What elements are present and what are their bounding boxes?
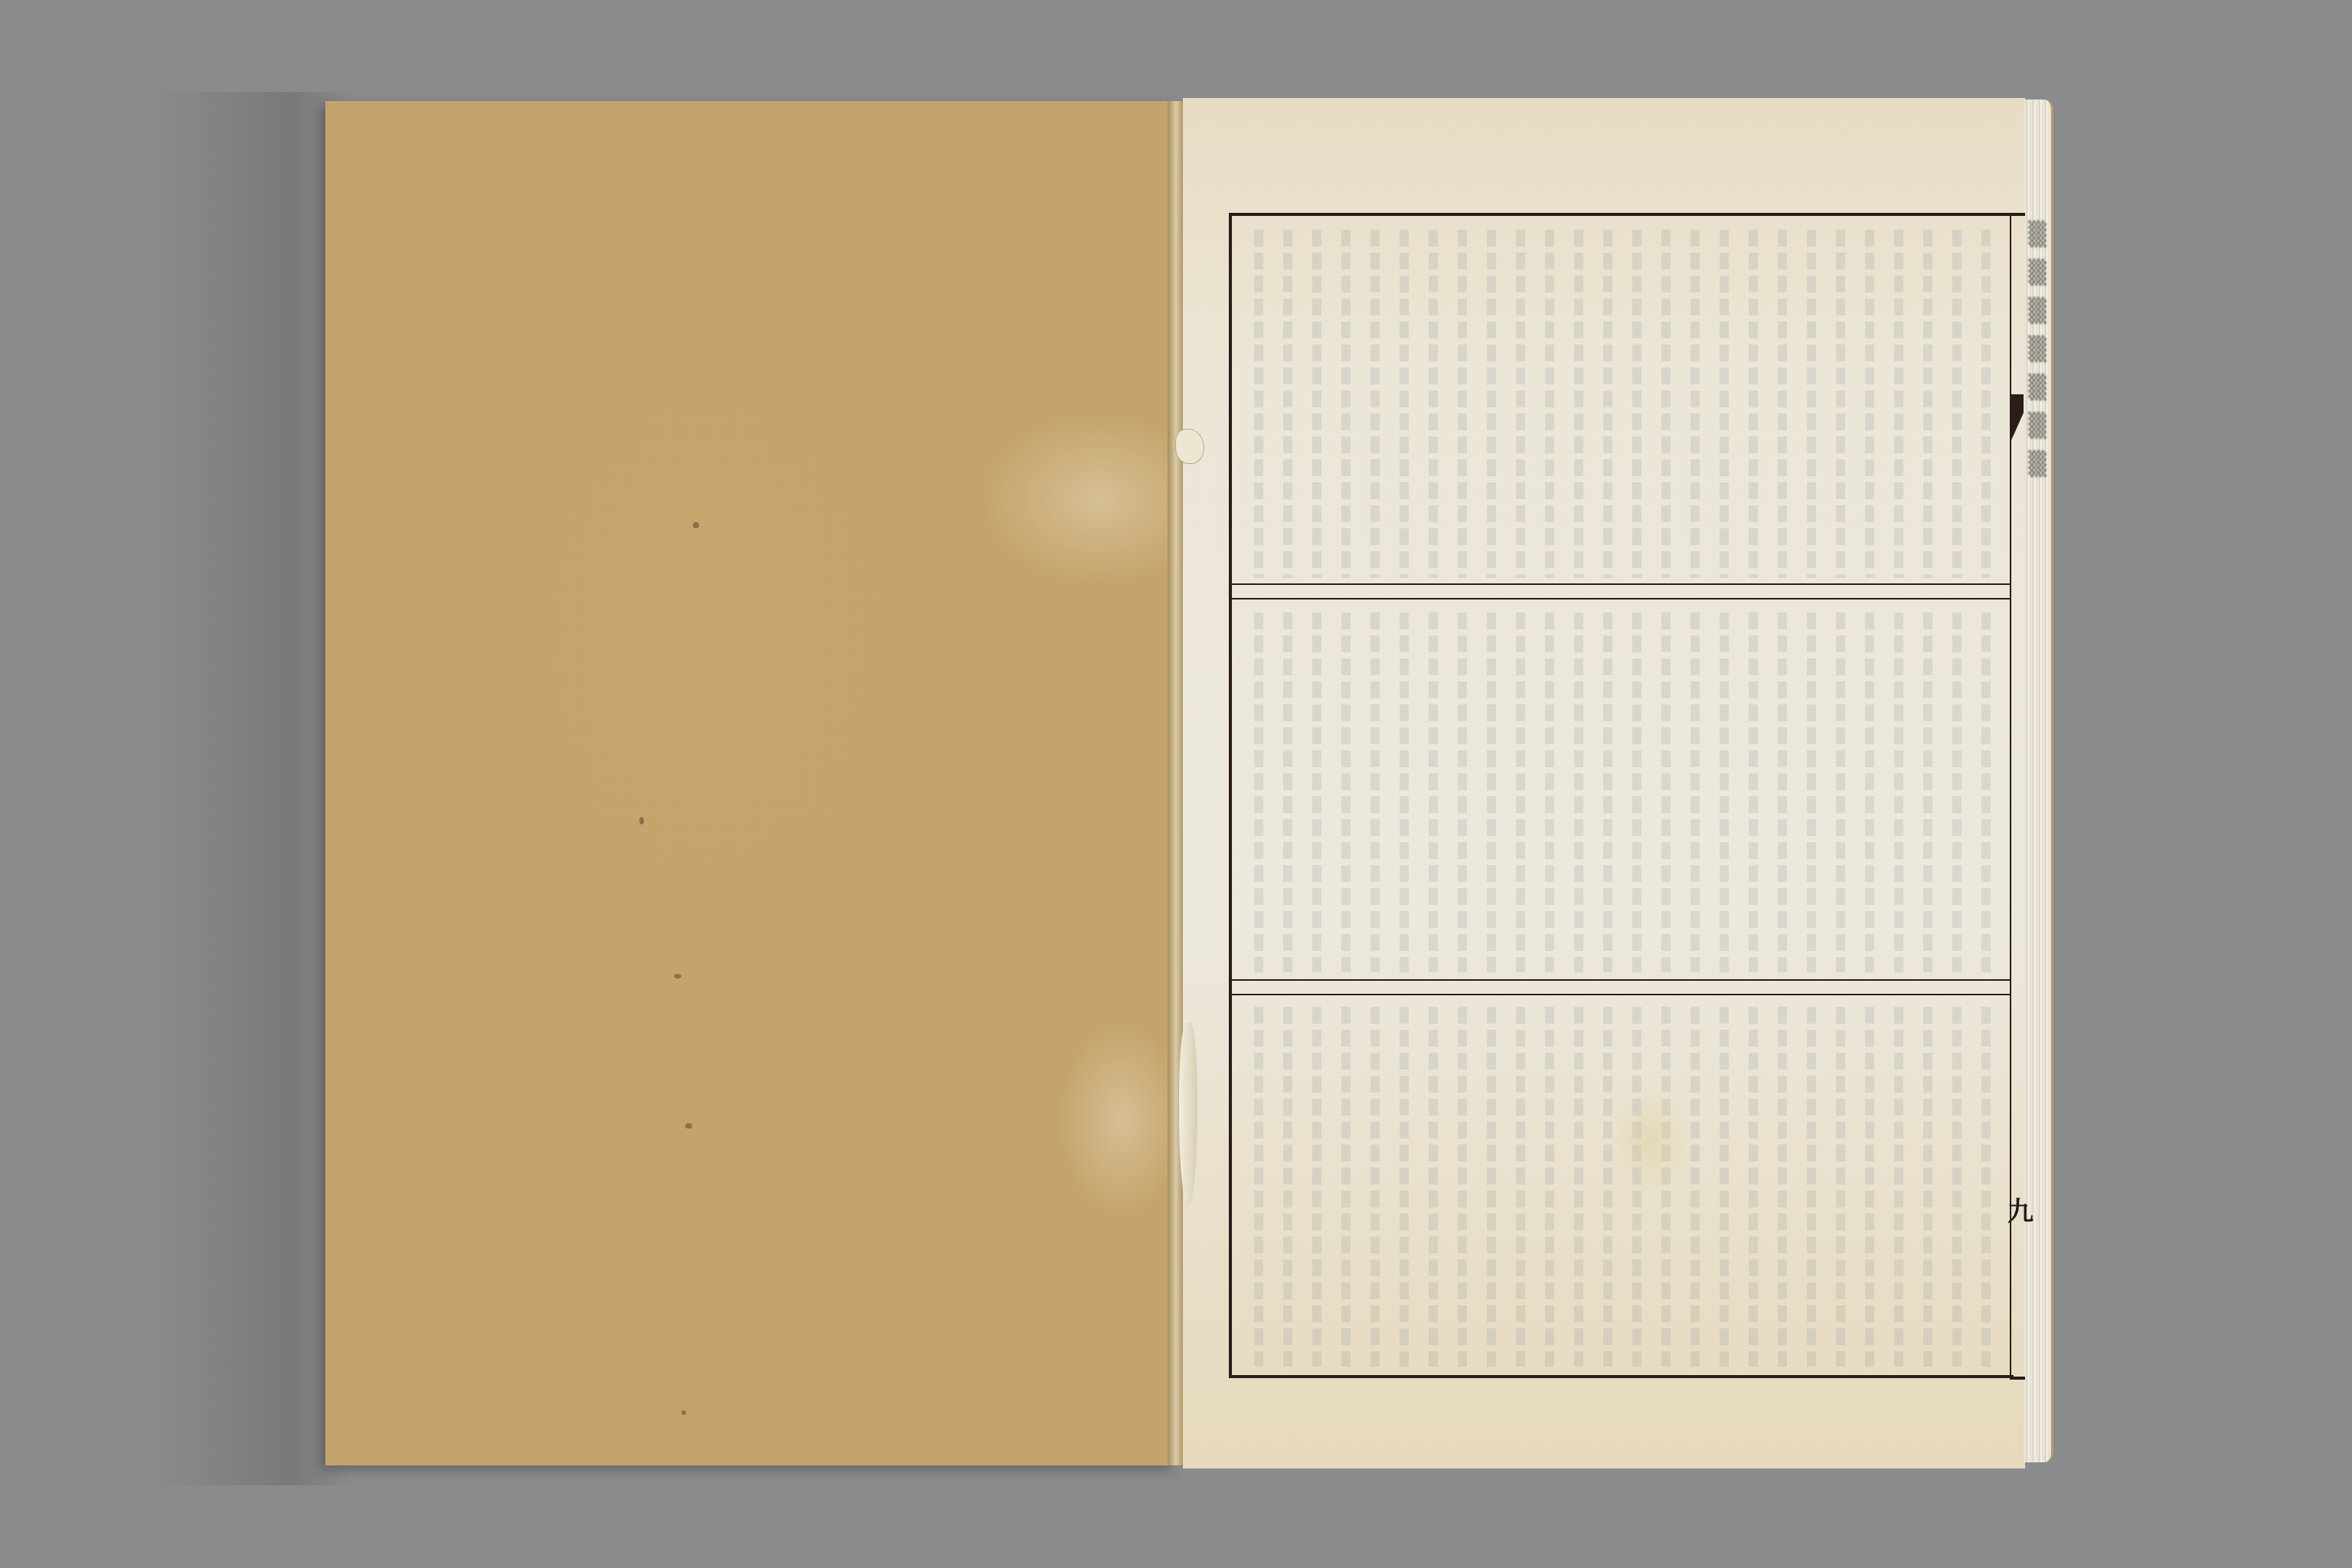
cover-spot bbox=[681, 1410, 686, 1415]
panel-divider-2a bbox=[1229, 979, 2011, 981]
cover-spot bbox=[639, 817, 644, 825]
background-shadow bbox=[153, 92, 352, 1485]
edge-title-char: ▒ bbox=[2028, 448, 2046, 482]
cover-spot bbox=[685, 1123, 692, 1129]
paper-twist-binding-bottom bbox=[1179, 1022, 1197, 1206]
edge-title-char: ▒ bbox=[2028, 410, 2046, 443]
edge-title-char: ▒ bbox=[2028, 256, 2046, 290]
binding-spine bbox=[1168, 101, 1184, 1465]
panel-divider-1b bbox=[1229, 598, 2011, 599]
edge-title-char: ▒ bbox=[2028, 371, 2046, 405]
frame-top-extension bbox=[2010, 213, 2025, 216]
paper-twist-binding-top bbox=[1175, 429, 1204, 464]
fore-edge-title: ▒ ▒ ▒ ▒ ▒ ▒ ▒ bbox=[2026, 218, 2049, 524]
edge-title-char: ▒ bbox=[2028, 333, 2046, 367]
cover-stains bbox=[325, 101, 1177, 1465]
frame-bottom-extension bbox=[2010, 1377, 2025, 1380]
panel-divider-1a bbox=[1229, 583, 2011, 585]
edge-title-char: ▒ bbox=[2028, 218, 2046, 252]
cover-spot bbox=[674, 974, 681, 978]
printed-frame-border bbox=[1229, 213, 2014, 1378]
left-cover-leaf bbox=[325, 101, 1177, 1465]
cover-spot bbox=[693, 522, 699, 528]
edge-title-char: ▒ bbox=[2028, 295, 2046, 328]
panel-divider-2b bbox=[1229, 994, 2011, 995]
page-number: 九 bbox=[2007, 1191, 2033, 1228]
